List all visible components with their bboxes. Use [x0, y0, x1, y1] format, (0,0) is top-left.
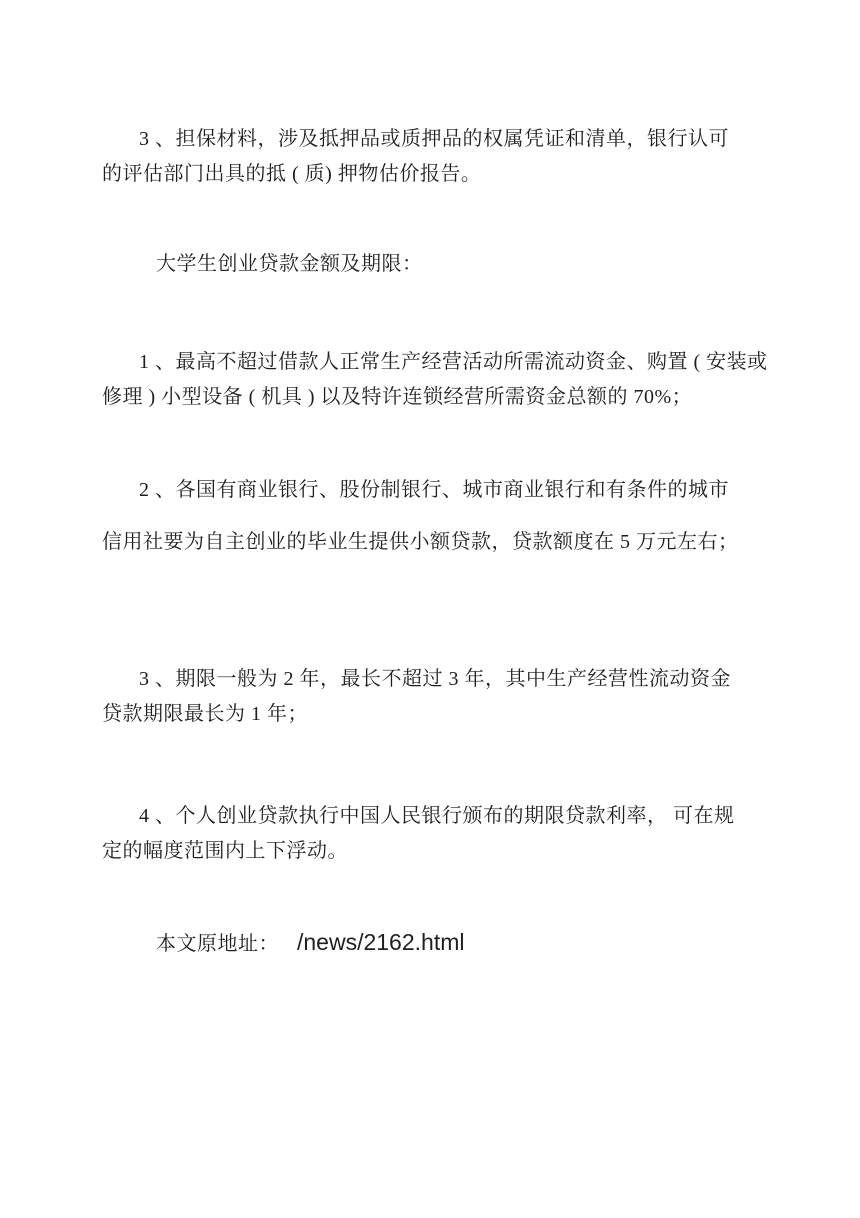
source-url: /news/2162.html [297, 929, 464, 955]
text-line: 贷款期限最长为 1 年； [102, 697, 731, 732]
source-url-line: 本文原地址：/news/2162.html [156, 925, 464, 962]
list-item-2-bank-small-loans: 2 、各国有商业银行、股份制银行、城市商业银行和有条件的城市 信用社要为自主创业… [102, 464, 739, 568]
heading-text: 大学生创业贷款金额及期限： [156, 247, 423, 282]
text-line: 1 、最高不超过借款人正常生产经营活动所需流动资金、购置 ( 安装或 [102, 345, 768, 380]
text-line: 修理 ) 小型设备 ( 机具 ) 以及特许连锁经营所需资金总额的 70%； [102, 380, 768, 415]
document-page: 3 、担保材料，涉及抵押品或质押品的权属凭证和清单，银行认可 的评估部门出具的抵… [0, 0, 860, 1218]
text-line: 3 、担保材料，涉及抵押品或质押品的权属凭证和清单，银行认可 [102, 122, 729, 157]
text-line: 2 、各国有商业银行、股份制银行、城市商业银行和有条件的城市 [102, 464, 739, 516]
text-line: 定的幅度范围内上下浮动。 [102, 834, 735, 869]
paragraph-guarantee-materials: 3 、担保材料，涉及抵押品或质押品的权属凭证和清单，银行认可 的评估部门出具的抵… [102, 122, 729, 192]
source-label: 本文原地址： [156, 933, 279, 955]
text-line: 的评估部门出具的抵 ( 质) 押物估价报告。 [102, 157, 729, 192]
list-item-4-interest-rate: 4 、个人创业贷款执行中国人民银行颁布的期限贷款利率， 可在规 定的幅度范围内上… [102, 799, 735, 869]
list-item-3-loan-term: 3 、期限一般为 2 年，最长不超过 3 年，其中生产经营性流动资金 贷款期限最… [102, 662, 731, 732]
list-item-1-loan-amount-limit: 1 、最高不超过借款人正常生产经营活动所需流动资金、购置 ( 安装或 修理 ) … [102, 345, 768, 415]
text-line: 4 、个人创业贷款执行中国人民银行颁布的期限贷款利率， 可在规 [102, 799, 735, 834]
text-line: 本文原地址：/news/2162.html [156, 925, 464, 962]
text-line: 3 、期限一般为 2 年，最长不超过 3 年，其中生产经营性流动资金 [102, 662, 731, 697]
text-line: 信用社要为自主创业的毕业生提供小额贷款，贷款额度在 5 万元左右； [102, 516, 739, 568]
section-heading-loan-amount-term: 大学生创业贷款金额及期限： [156, 247, 423, 282]
